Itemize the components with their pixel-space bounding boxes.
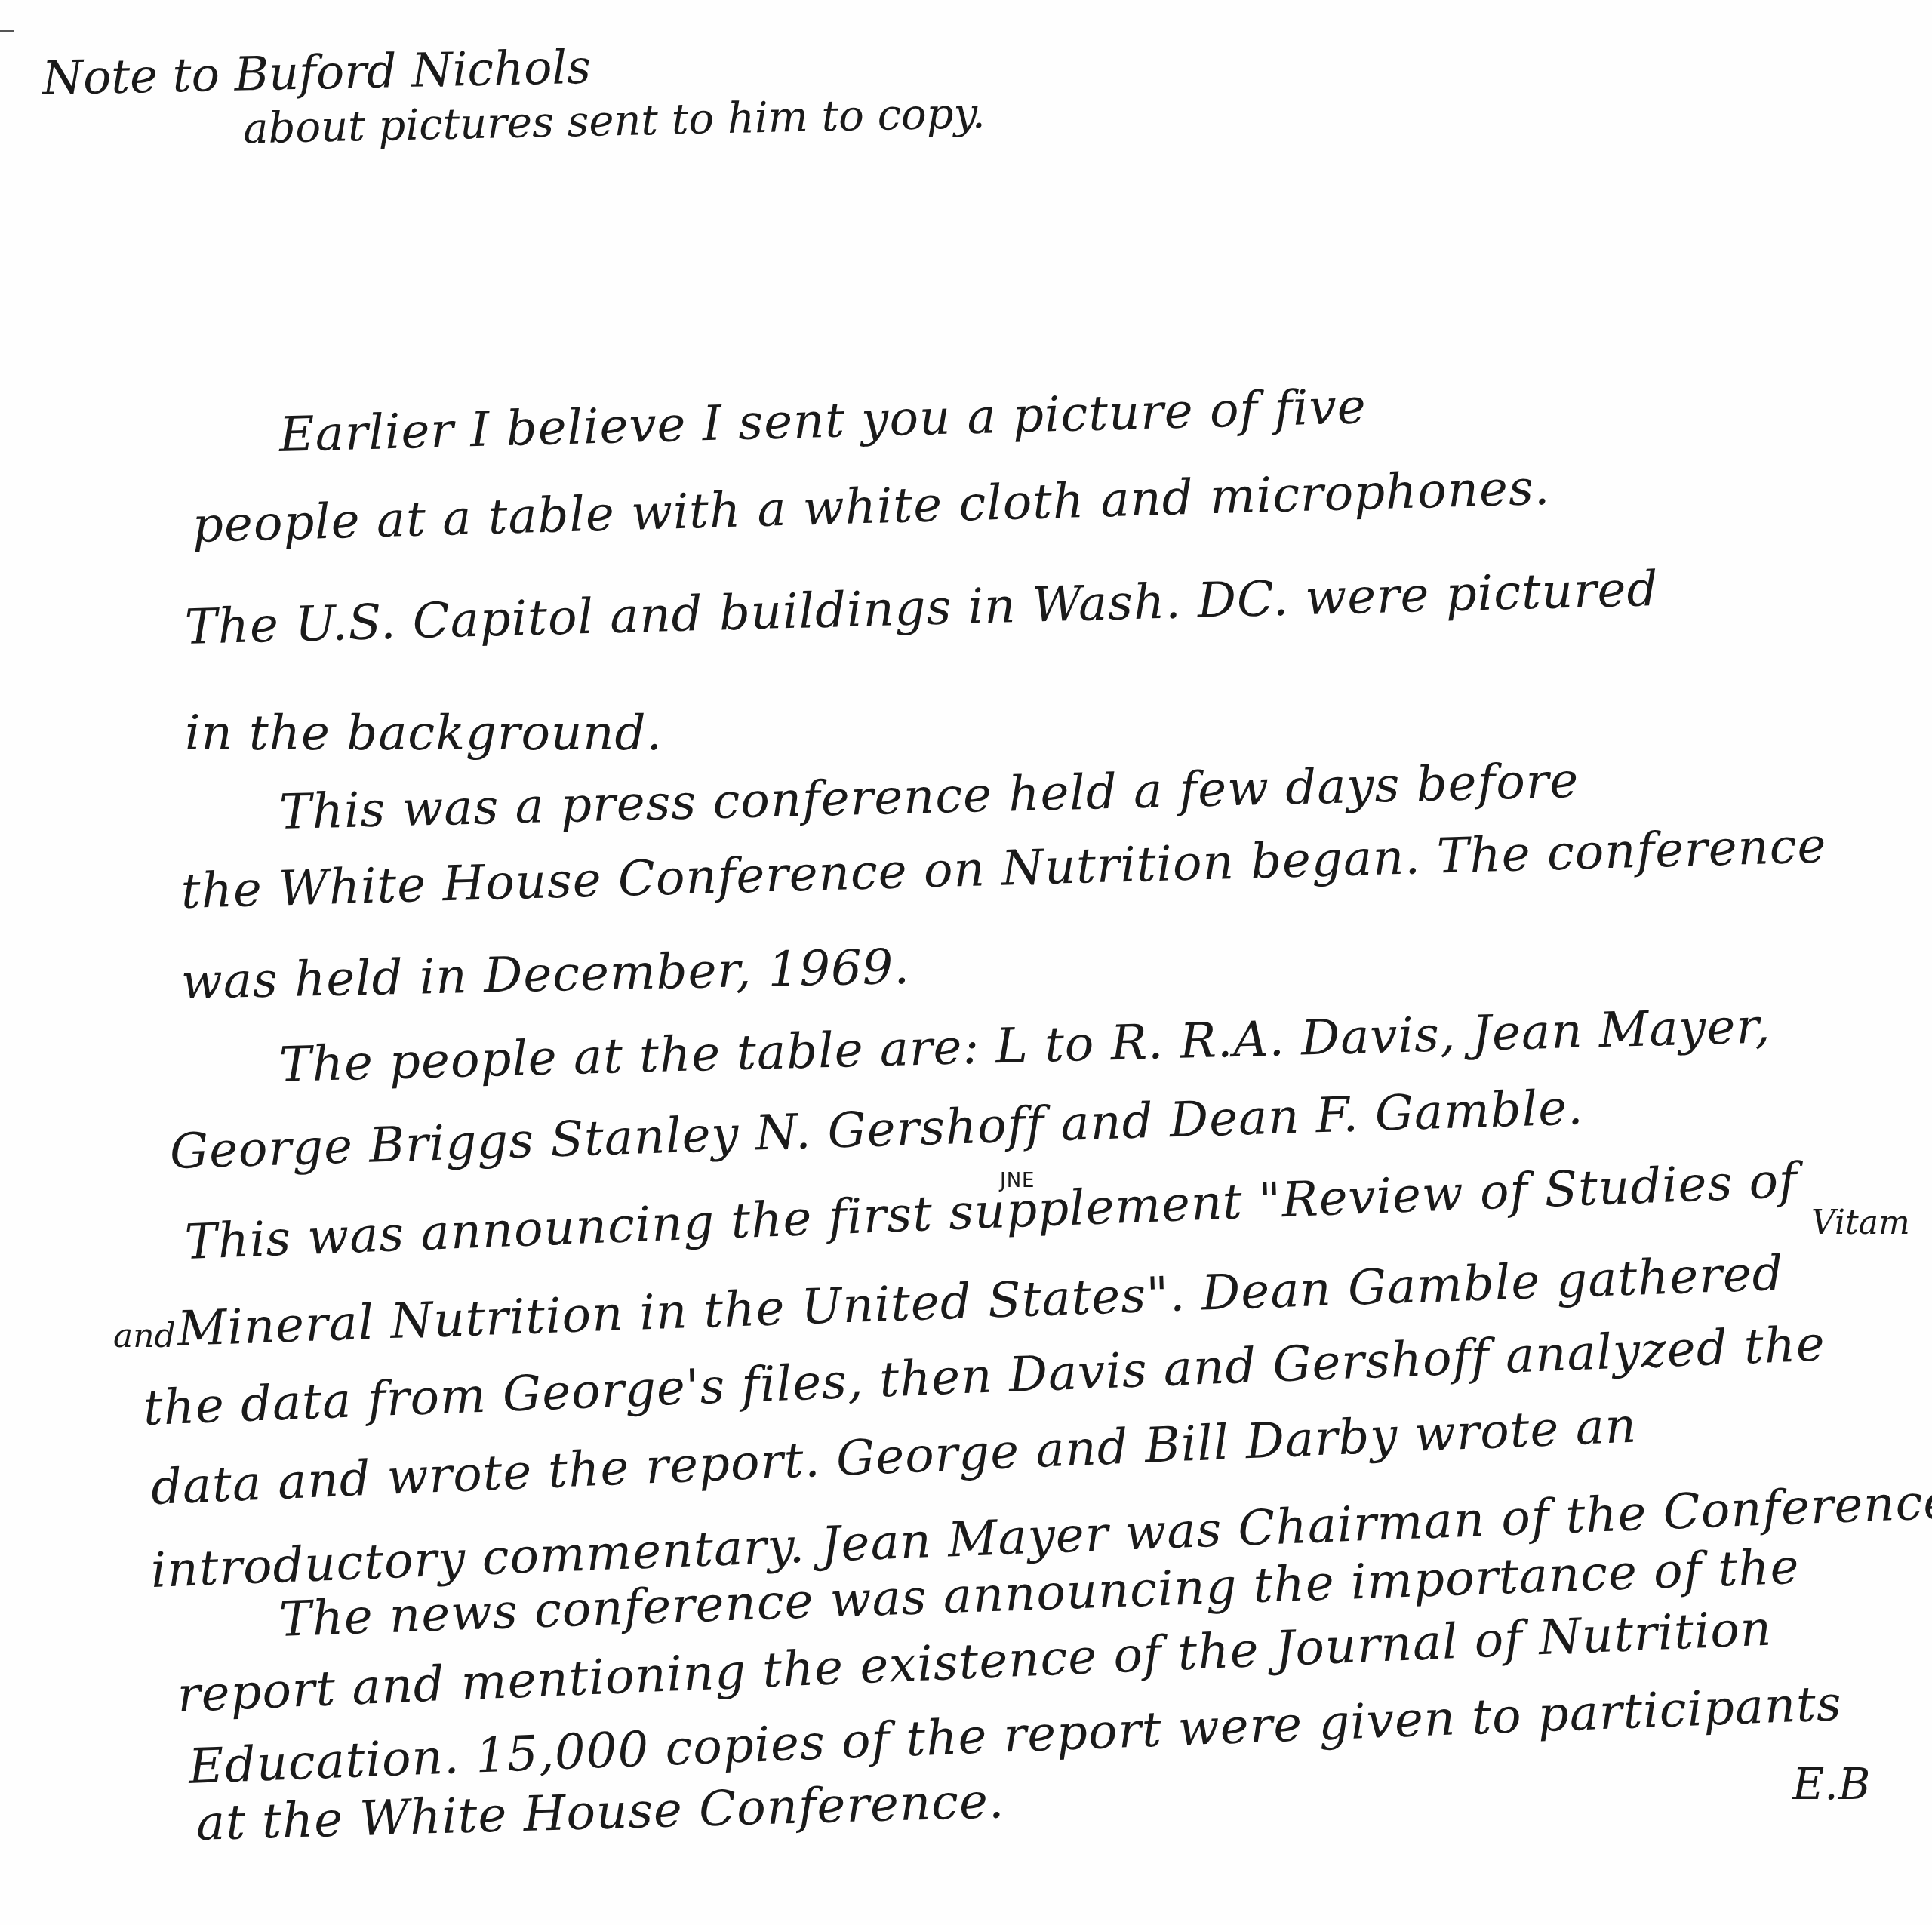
header-note-line-2: about pictures sent to him to copy. — [243, 91, 986, 152]
margin-insertion-vitamin: Vitam — [1811, 1204, 1910, 1242]
body-line: in the background. — [185, 706, 663, 761]
signature-initials: E.B — [1792, 1758, 1870, 1810]
margin-insertion-and: and — [113, 1317, 176, 1355]
body-line: was held in December, 1969. — [180, 939, 910, 1010]
header-note-line-1: Note to Buford Nichols — [42, 39, 592, 106]
letter-page: Note to Buford Nichols about pictures se… — [0, 0, 1932, 1925]
body-line: George Briggs Stanley N. Gershoff and De… — [169, 1080, 1585, 1180]
scan-edge-mark — [0, 30, 14, 32]
body-line: Earlier I believe I sent you a picture o… — [278, 379, 1367, 463]
body-line: This was a press conference held a few d… — [278, 753, 1580, 841]
header-note: Note to Buford Nichols about pictures se… — [42, 33, 986, 157]
body-line: The U.S. Capitol and buildings in Wash. … — [184, 561, 1659, 656]
body-line: people at a table with a white cloth and… — [192, 460, 1551, 554]
body-line: The people at the table are: L to R. R.A… — [278, 998, 1771, 1093]
